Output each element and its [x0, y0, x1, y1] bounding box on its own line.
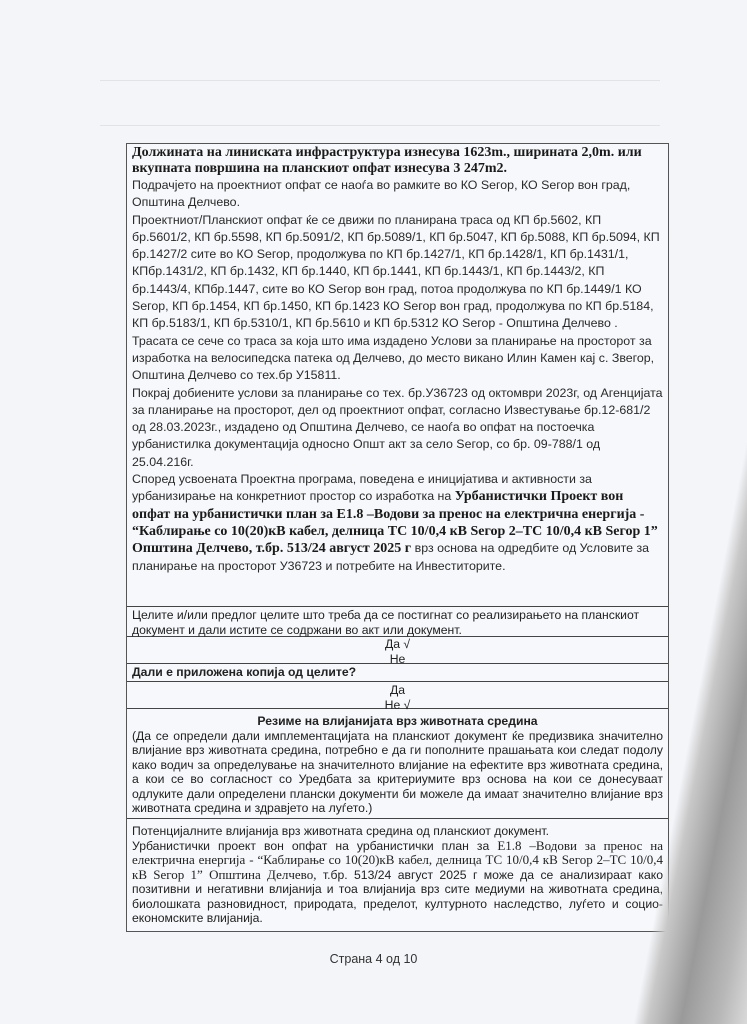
copy-answers: Да Не √	[127, 682, 668, 709]
form-table: Должината на линиската инфраструктура из…	[126, 143, 669, 932]
summary-cell: Резиме на влијанијата врз животната сред…	[127, 709, 668, 819]
conditions-paragraph: Покрај добиените услови за планирање со …	[132, 385, 663, 471]
bleed-through-previous-text	[100, 80, 660, 126]
goals-yes-option: Да √	[132, 637, 663, 652]
potential-text: Урбанистички проект вон опфат на урбанис…	[132, 839, 663, 926]
intersection-paragraph: Трасата се сече со траса за која што има…	[132, 333, 663, 385]
route-paragraph: Проектниот/Планскиот опфат ќе се движи п…	[132, 212, 663, 333]
length-summary: Должината на линиската инфраструктура из…	[132, 145, 663, 177]
summary-text: (Да се определи дали имплементацијата на…	[132, 729, 663, 816]
goals-question: Целите и/или предлог целите што треба да…	[127, 607, 668, 637]
page-number: Страна 4 од 10	[0, 952, 747, 966]
copy-question: Дали е приложена копија од целите?	[127, 664, 668, 682]
potential-impacts-cell: Потенцијалните влијанија врз животната с…	[127, 819, 668, 931]
summary-title: Резиме на влијанијата врз животната сред…	[132, 714, 663, 729]
copy-yes-option: Да	[132, 683, 663, 698]
potential-heading: Потенцијалните влијанија врз животната с…	[132, 824, 663, 839]
project-description-cell: Должината на линиската инфраструктура из…	[127, 144, 668, 607]
goals-answers: Да √ Не	[127, 637, 668, 664]
location-paragraph: Подрачјето на проектниот опфат се наоѓа …	[132, 177, 663, 212]
program-paragraph: Според усвоената Проектна програма, пове…	[132, 471, 663, 575]
